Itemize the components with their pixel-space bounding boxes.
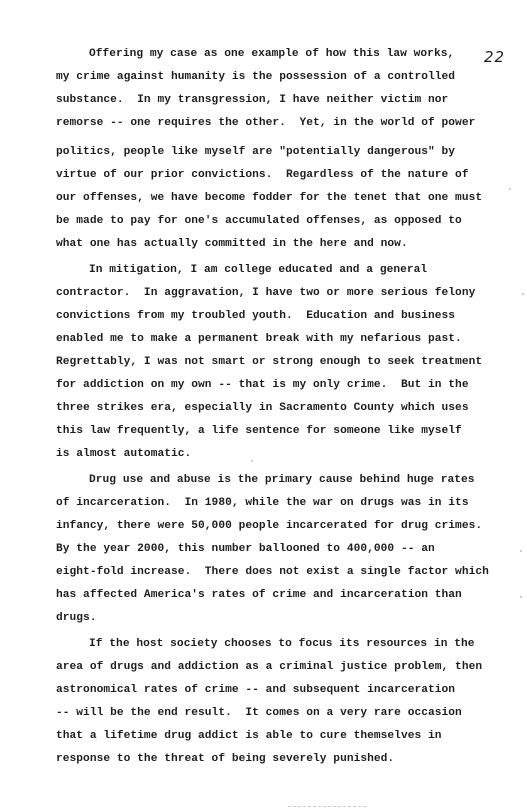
text-line: virtue of our prior convictions. Regardl… bbox=[56, 169, 469, 182]
text-line: -- will be the end result. It comes on a… bbox=[56, 707, 462, 720]
text-line: response to the threat of being severely… bbox=[56, 753, 394, 766]
text-line: this law frequently, a life sentence for… bbox=[56, 425, 462, 438]
document-page: 22 Offering my case as one example of ho… bbox=[0, 0, 527, 812]
paragraph-first-line: If the host society chooses to focus its… bbox=[89, 638, 475, 651]
scan-speck bbox=[522, 293, 524, 295]
scan-speck bbox=[509, 188, 511, 190]
scan-speck bbox=[251, 460, 253, 462]
text-line: area of drugs and addiction as a crimina… bbox=[56, 661, 482, 674]
text-line: contractor. In aggravation, I have two o… bbox=[56, 287, 475, 300]
text-line: is almost automatic. bbox=[56, 448, 191, 461]
text-line: politics, people like myself are "potent… bbox=[56, 146, 455, 159]
text-line: for addiction on my own -- that is my on… bbox=[56, 379, 469, 392]
text-line: that a lifetime drug addict is able to c… bbox=[56, 730, 442, 743]
text-line: substance. In my transgression, I have n… bbox=[56, 94, 448, 107]
text-line: has affected America's rates of crime an… bbox=[56, 589, 462, 602]
text-line: remorse -- one requires the other. Yet, … bbox=[56, 117, 475, 130]
paragraph-first-line: Offering my case as one example of how t… bbox=[89, 48, 454, 61]
text-line: be made to pay for one's accumulated off… bbox=[56, 215, 462, 228]
text-line: infancy, there were 50,000 people incarc… bbox=[56, 520, 482, 533]
scan-speck bbox=[520, 550, 522, 552]
text-line: astronomical rates of crime -- and subse… bbox=[56, 684, 455, 697]
text-line: of incarceration. In 1980, while the war… bbox=[56, 497, 469, 510]
scan-artifact bbox=[288, 806, 368, 807]
text-line: By the year 2000, this number ballooned … bbox=[56, 543, 435, 556]
text-line: drugs. bbox=[56, 612, 97, 625]
text-line: my crime against humanity is the possess… bbox=[56, 71, 455, 84]
handwritten-page-number: 22 bbox=[484, 48, 505, 66]
text-line: enabled me to make a permanent break wit… bbox=[56, 333, 462, 346]
scan-speck bbox=[520, 596, 522, 598]
paragraph-first-line: In mitigation, I am college educated and… bbox=[89, 264, 427, 277]
paragraph-first-line: Drug use and abuse is the primary cause … bbox=[89, 474, 475, 487]
text-line: three strikes era, especially in Sacrame… bbox=[56, 402, 469, 415]
text-line: our offenses, we have become fodder for … bbox=[56, 192, 482, 205]
text-line: what one has actually committed in the h… bbox=[56, 238, 408, 251]
text-line: eight-fold increase. There does not exis… bbox=[56, 566, 489, 579]
text-line: convictions from my troubled youth. Educ… bbox=[56, 310, 455, 323]
text-line: Regrettably, I was not smart or strong e… bbox=[56, 356, 482, 369]
